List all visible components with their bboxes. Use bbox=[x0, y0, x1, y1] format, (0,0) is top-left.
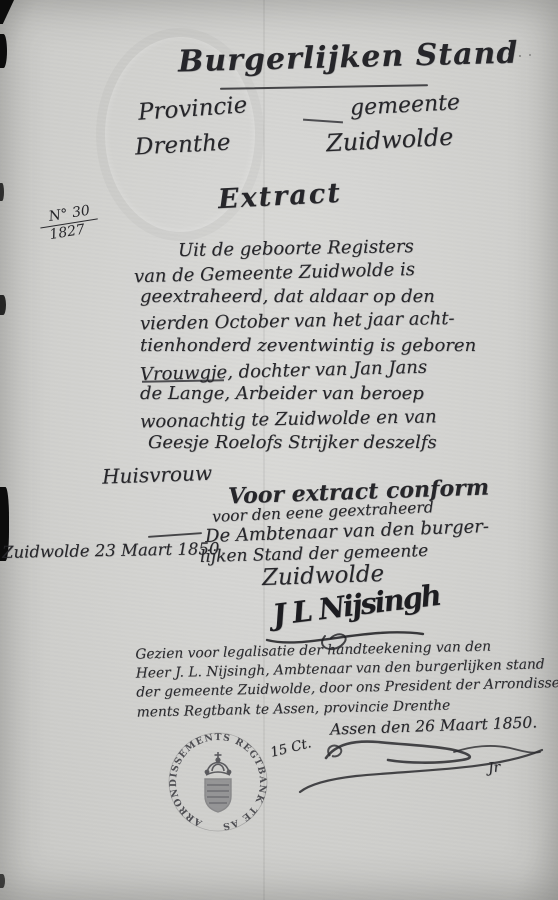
scan-edge-artifact bbox=[0, 183, 4, 201]
stamp-shield-icon bbox=[205, 779, 231, 812]
stamp-crown-icon bbox=[205, 752, 230, 775]
margin-act-reference: N° 30 1827 bbox=[38, 202, 100, 245]
municipality-label: gemeente bbox=[349, 90, 460, 121]
legalization-statement: Gezien voor legalisatie der handteekenin… bbox=[135, 637, 549, 723]
document-title: Burgerlijken Stand bbox=[178, 36, 519, 80]
stamp-ring-text: ARRONDISSEMENTS REGTBANK TE ASSEN ✶ bbox=[158, 722, 268, 832]
president-signature bbox=[296, 730, 548, 802]
body-line: woonachtig te Zuidwolde en van bbox=[140, 404, 540, 435]
body-line: geextraheerd, dat aldaar op den bbox=[140, 286, 540, 310]
scan-edge-artifact bbox=[0, 0, 14, 24]
body-line: de Lange, Arbeider van beroep bbox=[140, 383, 540, 407]
svg-text:ARRONDISSEMENTS REGTBANK TE AS: ARRONDISSEMENTS REGTBANK TE ASSEN ✶ bbox=[158, 722, 268, 832]
issue-place-date: Zuidwolde 23 Maart 1850 bbox=[2, 539, 220, 562]
dash-flourish bbox=[303, 119, 343, 124]
scan-edge-artifact bbox=[0, 295, 6, 315]
extract-heading: Extract bbox=[217, 178, 342, 215]
body-line: vierden October van het jaar acht- bbox=[140, 307, 540, 338]
scan-edge-artifact bbox=[0, 34, 7, 68]
province-value: Drenthe bbox=[134, 130, 231, 161]
president-signature-suffix: Jr bbox=[487, 759, 501, 776]
scan-edge-artifact bbox=[0, 874, 5, 888]
extract-body: Uit de geboorte Registers van de Gemeent… bbox=[140, 237, 540, 481]
document-scan-page: Burgerlijken Stand Provincie Drenthe gem… bbox=[0, 0, 558, 900]
dash-flourish bbox=[148, 532, 202, 538]
municipality-value: Zuidwolde bbox=[325, 123, 454, 158]
court-stamp: ARRONDISSEMENTS REGTBANK TE ASSEN ✶ bbox=[158, 722, 278, 842]
